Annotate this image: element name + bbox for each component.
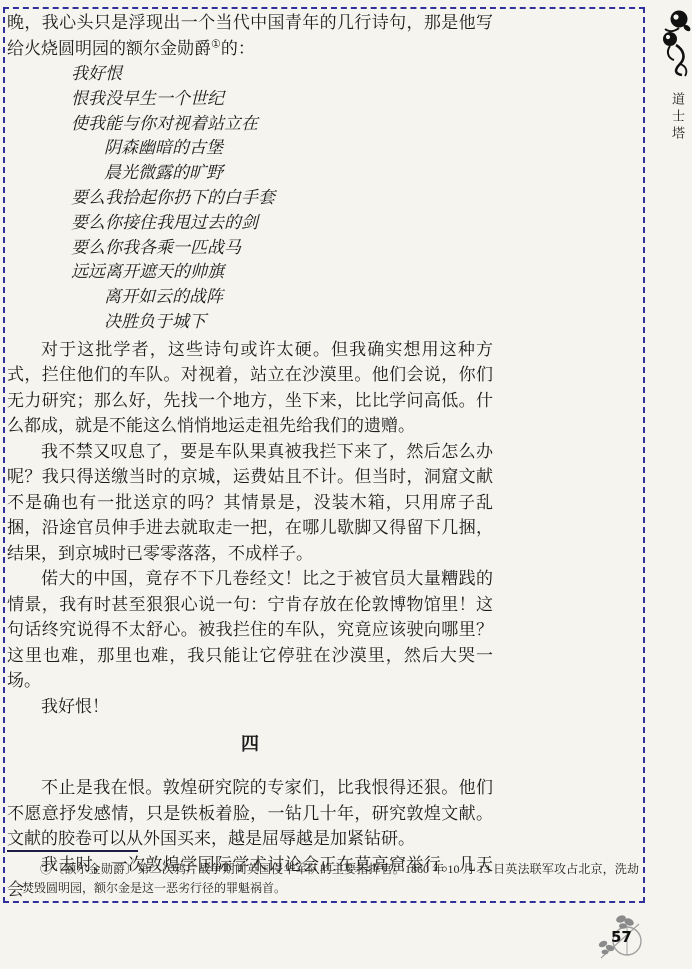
- footnote-block: ①〔额尔金勋爵〕第二次鸦片战争期间英国侵华军队的主要指挥官。1860 年 10 …: [7, 850, 639, 898]
- poem-line: 恨我没早生一个世纪: [7, 87, 493, 112]
- poem-line: 远远离开遮天的帅旗: [7, 260, 493, 285]
- footnote-reference: ①: [211, 38, 221, 50]
- poem-line: 离开如云的战阵: [7, 285, 493, 310]
- book-page: 晚，我心头只是浮现出一个当代中国青年的几行诗句，那是他写给火烧圆明园的额尔金勋爵…: [0, 0, 692, 969]
- poem-line: 要么我拾起你扔下的白手套: [7, 186, 493, 211]
- poem-line: 要么你我各乘一匹战马: [7, 236, 493, 261]
- body-paragraph: 对于这批学者，这些诗句或许太硬。但我确实想用这种方式，拦住他们的车队。对视着，站…: [7, 337, 493, 439]
- poem-line: 晨光微露的旷野: [7, 161, 493, 186]
- exclamation-paragraph: 我好恨！: [7, 694, 493, 720]
- poem-line: 决胜负于城下: [7, 310, 493, 335]
- poem-block: 我好恨 恨我没早生一个世纪 使我能与你对视着站立在 阴森幽暗的古堡 晨光微露的旷…: [7, 62, 493, 335]
- floral-ornament-icon: [660, 8, 692, 83]
- content-frame: 晚，我心头只是浮现出一个当代中国青年的几行诗句，那是他写给火烧圆明园的额尔金勋爵…: [3, 7, 645, 903]
- poem-line: 使我能与你对视着站立在: [7, 112, 493, 137]
- intro-text-post: 的：: [221, 39, 255, 58]
- poem-line: 我好恨: [7, 62, 493, 87]
- body-paragraph: 我不禁又叹息了，要是车队果真被我拦下来了，然后怎么办呢？我只得送缴当时的京城，运…: [7, 439, 493, 567]
- poem-line: 要么你接住我甩过去的剑: [7, 211, 493, 236]
- text-column: 晚，我心头只是浮现出一个当代中国青年的几行诗句，那是他写给火烧圆明园的额尔金勋爵…: [7, 10, 493, 903]
- footnote-text: ①〔额尔金勋爵〕第二次鸦片战争期间英国侵华军队的主要指挥官。1860 年 10 …: [7, 860, 639, 898]
- intro-paragraph: 晚，我心头只是浮现出一个当代中国青年的几行诗句，那是他写给火烧圆明园的额尔金勋爵…: [7, 10, 493, 61]
- footnote-divider: [7, 850, 138, 852]
- margin-chapter-title: 道士塔: [668, 92, 687, 143]
- body-paragraph: 偌大的中国，竟存不下几卷经文！比之于被官员大量糟践的情景，我有时甚至狠狠心说一句…: [7, 566, 493, 694]
- section-heading: 四: [7, 732, 493, 757]
- page-number: 57: [611, 928, 632, 946]
- body-paragraph: 不止是我在恨。敦煌研究院的专家们，比我恨得还狠。他们不愿意抒发感情，只是铁板着脸…: [7, 775, 493, 852]
- poem-line: 阴森幽暗的古堡: [7, 136, 493, 161]
